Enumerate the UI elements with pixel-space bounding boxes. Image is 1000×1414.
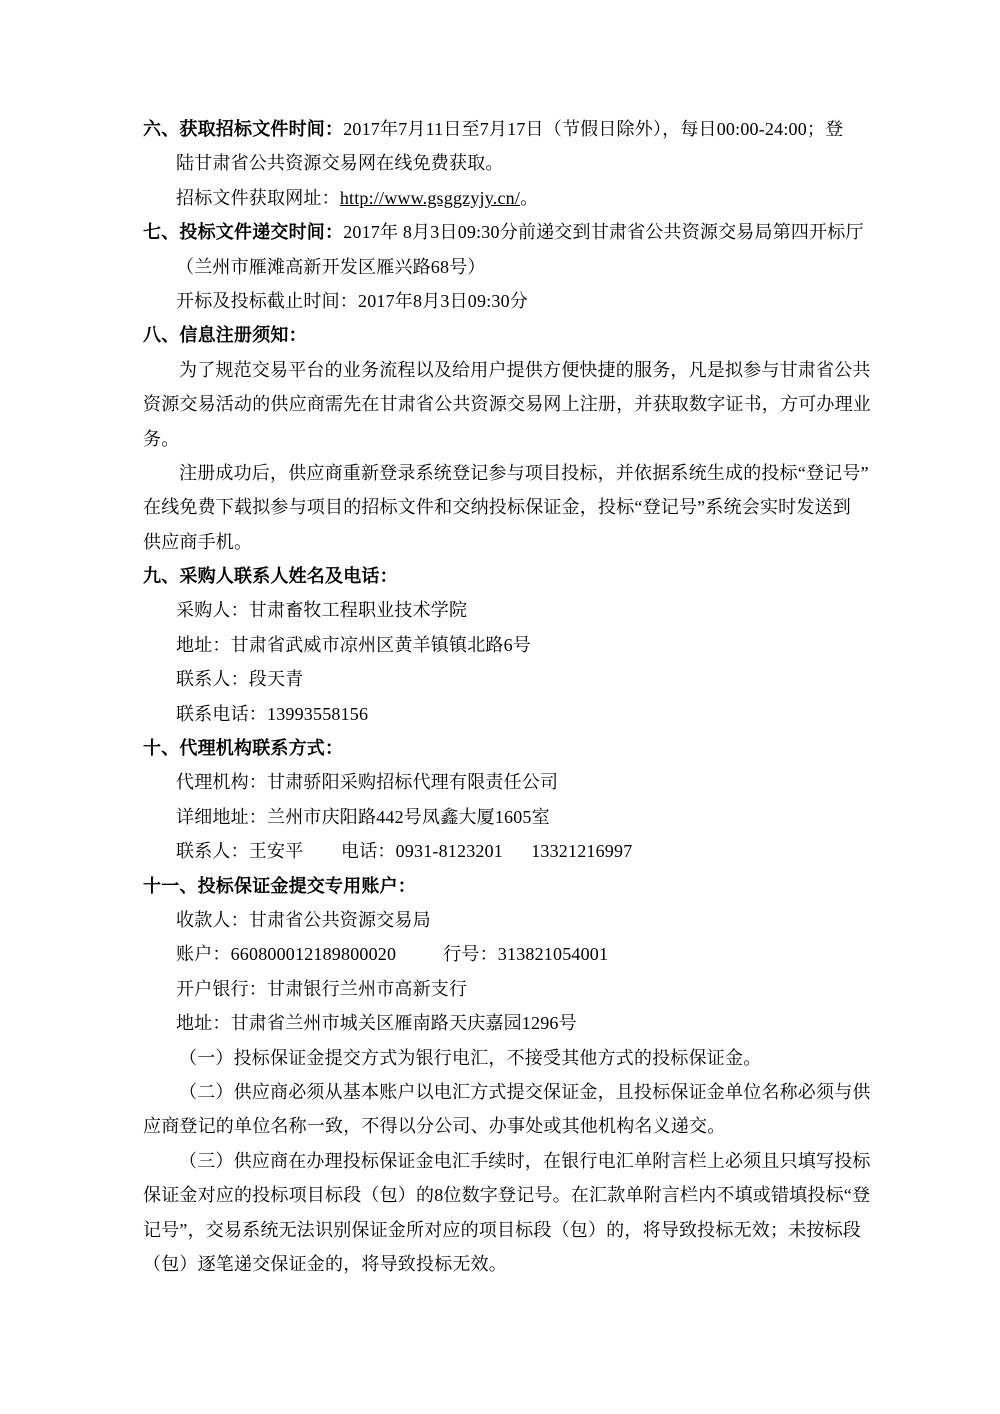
section-9-heading: 九、采购人联系人姓名及电话：	[143, 559, 883, 593]
document-page: 六、获取招标文件时间：2017年7月11日至7月17日（节假日除外），每日00:…	[0, 0, 1000, 1414]
section-10-heading: 十、代理机构联系方式：	[143, 731, 883, 765]
registration-para1-line2: 资源交易活动的供应商需先在甘肃省公共资源交易网上注册，并获取数字证书，方可办理业	[143, 387, 883, 421]
registration-para2-line1: 注册成功后，供应商重新登录系统登记参与项目投标，并依据系统生成的投标“登记号”	[143, 456, 883, 490]
section-8-heading: 八、信息注册须知：	[143, 318, 883, 352]
url-label: 招标文件获取网址：	[176, 188, 340, 208]
account-number-line: 账户：660800012189800020 行号：313821054001	[143, 937, 883, 971]
registration-para2-line3: 供应商手机。	[143, 525, 883, 559]
note-3-line2: 保证金对应的投标项目标段（包）的8位数字登记号。在汇款单附言栏内不填或错填投标“…	[143, 1178, 883, 1212]
section-11-title: 十一、投标保证金提交专用账户：	[143, 876, 416, 896]
agency-name-line: 代理机构：甘肃骄阳采购招标代理有限责任公司	[143, 765, 883, 799]
section-7-title: 七、投标文件递交时间：	[143, 222, 343, 242]
section-6-obtain-time: 2017年7月11日至7月17日（节假日除外），每日00:00-24:00；登	[343, 119, 843, 139]
registration-para2-line2: 在线免费下载拟参与项目的招标文件和交纳投标保证金，投标“登记号”系统会实时发送到	[143, 490, 883, 524]
section-7-heading: 七、投标文件递交时间：2017年 8月3日09:30分前递交到甘肃省公共资源交易…	[143, 215, 883, 249]
section-8-title: 八、信息注册须知：	[143, 325, 307, 345]
note-2-line2: 应商登记的单位名称一致，不得以分公司、办事处或其他机构名义递交。	[143, 1109, 883, 1143]
registration-para1-line3: 务。	[143, 422, 883, 456]
note-2-line1: （二）供应商必须从基本账户以电汇方式提交保证金，且投标保证金单位名称必须与供	[143, 1075, 883, 1109]
bid-opening-deadline-line: 开标及投标截止时间：2017年8月3日09:30分	[143, 284, 883, 318]
registration-para1-line1: 为了规范交易平台的业务流程以及给用户提供方便快捷的服务，凡是拟参与甘肃省公共	[143, 353, 883, 387]
url-suffix: 。	[520, 188, 538, 208]
purchaser-name-line: 采购人：甘肃畜牧工程职业技术学院	[143, 593, 883, 627]
note-1-line1: （一）投标保证金提交方式为银行电汇，不接受其他方式的投标保证金。	[143, 1041, 883, 1075]
bank-line: 开户银行：甘肃银行兰州市高新支行	[143, 972, 883, 1006]
tender-document-url-line: 招标文件获取网址：http://www.gsggzyjy.cn/。	[143, 181, 883, 215]
note-3-line1: （三）供应商在办理投标保证金电汇手续时，在银行电汇单附言栏上必须且只填写投标	[143, 1144, 883, 1178]
section-6-line-wrap: 陆甘肃省公共资源交易网在线免费获取。	[143, 146, 883, 180]
bank-address-line: 地址：甘肃省兰州市城关区雁南路天庆嘉园1296号	[143, 1006, 883, 1040]
agency-contact-line: 联系人：王安平 电话：0931-8123201 13321216997	[143, 834, 883, 868]
section-7-submit-time: 2017年 8月3日09:30分前递交到甘肃省公共资源交易局第四开标厅	[343, 222, 864, 242]
note-3-line3: 记号”，交易系统无法识别保证金所对应的项目标段（包）的，将导致投标无效；未按标段	[143, 1213, 883, 1247]
section-10-title: 十、代理机构联系方式：	[143, 738, 343, 758]
section-9-title: 九、采购人联系人姓名及电话：	[143, 566, 398, 586]
note-3-line4: （包）逐笔递交保证金的，将导致投标无效。	[143, 1247, 883, 1281]
section-6-heading: 六、获取招标文件时间：2017年7月11日至7月17日（节假日除外），每日00:…	[143, 112, 883, 146]
purchaser-address-line: 地址：甘肃省武威市凉州区黄羊镇镇北路6号	[143, 628, 883, 662]
tender-notice-body: 六、获取招标文件时间：2017年7月11日至7月17日（节假日除外），每日00:…	[143, 112, 883, 1281]
payee-line: 收款人：甘肃省公共资源交易局	[143, 903, 883, 937]
purchaser-contact-line: 联系人：段天青	[143, 662, 883, 696]
section-6-title: 六、获取招标文件时间：	[143, 119, 343, 139]
purchaser-phone-line: 联系电话：13993558156	[143, 697, 883, 731]
tender-document-url-link[interactable]: http://www.gsggzyjy.cn/	[340, 188, 520, 208]
agency-address-line: 详细地址：兰州市庆阳路442号凤鑫大厦1605室	[143, 800, 883, 834]
submit-address-line: （兰州市雁滩高新开发区雁兴路68号）	[143, 250, 883, 284]
section-11-heading: 十一、投标保证金提交专用账户：	[143, 869, 883, 903]
